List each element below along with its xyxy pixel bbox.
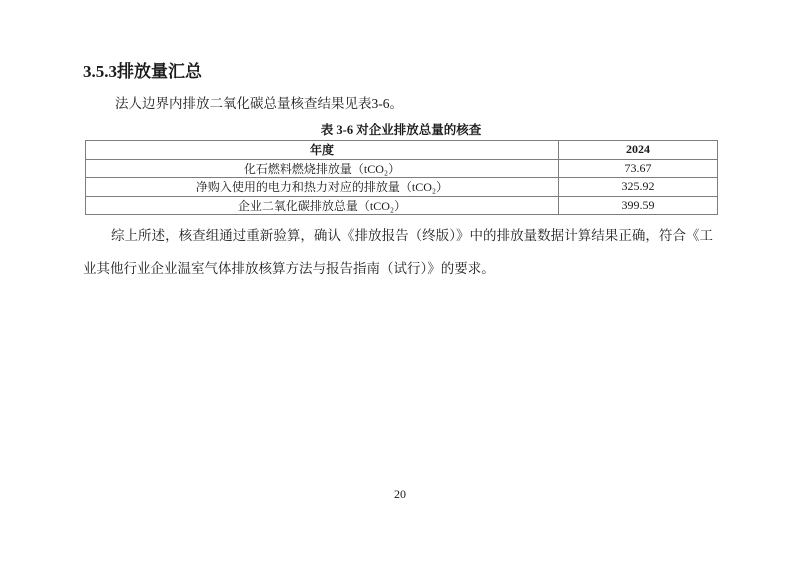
table-row: 企业二氧化碳排放总量（tCO₂） 399.59 — [86, 196, 718, 215]
intro-paragraph: 法人边界内排放二氧化碳总量核查结果见表3-6。 — [83, 94, 717, 114]
row-label-purchased-energy: 净购入使用的电力和热力对应的排放量（tCO₂） — [86, 178, 559, 197]
section-heading: 3.5.3排放量汇总 — [83, 61, 202, 83]
table-row: 化石燃料燃烧排放量（tCO₂） 73.67 — [86, 159, 718, 178]
table-caption: 表 3-6 对企业排放总量的核查 — [85, 122, 717, 138]
conclusion-paragraph: 综上所述，核查组通过重新验算，确认《排放报告（终版）》中的排放量数据计算结果正确… — [83, 219, 713, 285]
row-value-fossil-fuel: 73.67 — [559, 159, 718, 178]
table-row: 净购入使用的电力和热力对应的排放量（tCO₂） 325.92 — [86, 178, 718, 197]
table-header-row: 年度 2024 — [86, 141, 718, 160]
page-number: 20 — [0, 487, 800, 502]
row-label-total-emissions: 企业二氧化碳排放总量（tCO₂） — [86, 196, 559, 215]
header-cell-year-label: 年度 — [86, 141, 559, 160]
row-label-fossil-fuel: 化石燃料燃烧排放量（tCO₂） — [86, 159, 559, 178]
header-cell-year-value: 2024 — [559, 141, 718, 160]
document-page: 3.5.3排放量汇总 法人边界内排放二氧化碳总量核查结果见表3-6。 表 3-6… — [0, 0, 800, 566]
emissions-summary-table: 年度 2024 化石燃料燃烧排放量（tCO₂） 73.67 净购入使用的电力和热… — [85, 140, 718, 215]
row-value-total-emissions: 399.59 — [559, 196, 718, 215]
row-value-purchased-energy: 325.92 — [559, 178, 718, 197]
